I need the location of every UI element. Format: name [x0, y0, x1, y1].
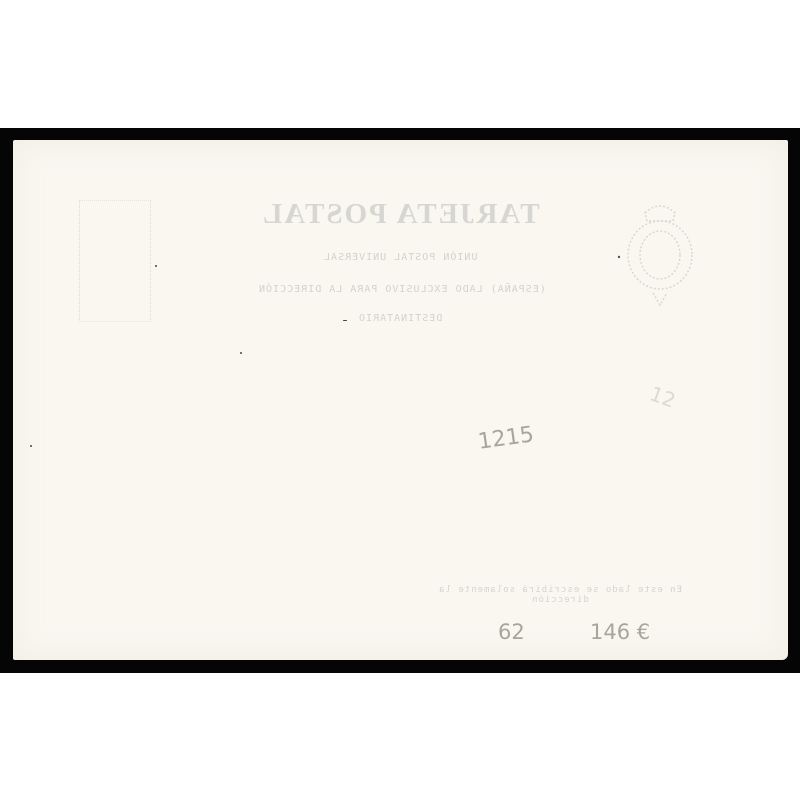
subtitle-line-3: DESTINATARIO: [320, 313, 480, 324]
subtitle-3-text: DESTINATARIO: [358, 313, 442, 324]
footer-instruction: En este lado se escribirá solamente la d…: [420, 585, 700, 605]
subtitle-1-text: UNIÓN POSTAL UNIVERSAL: [323, 252, 477, 263]
subtitle-2-text: (ESPAÑA) LADO EXCLUSIVO PARA LA DIRECCIÓ…: [258, 284, 546, 295]
footer-text: En este lado se escribirá solamente la d…: [420, 585, 700, 605]
speck: [240, 352, 242, 354]
stamp-area-show-through: [79, 200, 151, 322]
postcard-title: TARJETA POSTAL: [230, 198, 570, 231]
coat-of-arms-icon: [615, 195, 705, 310]
handwritten-catalog: 62: [498, 620, 525, 644]
handwritten-price: 146 €: [590, 620, 650, 644]
title-text: TARJETA POSTAL: [261, 198, 540, 231]
subtitle-line-2: (ESPAÑA) LADO EXCLUSIVO PARA LA DIRECCIÓ…: [232, 284, 572, 295]
subtitle-line-1: UNIÓN POSTAL UNIVERSAL: [260, 252, 540, 263]
speck: [343, 320, 347, 321]
speck: [30, 445, 32, 447]
speck: [155, 265, 157, 267]
